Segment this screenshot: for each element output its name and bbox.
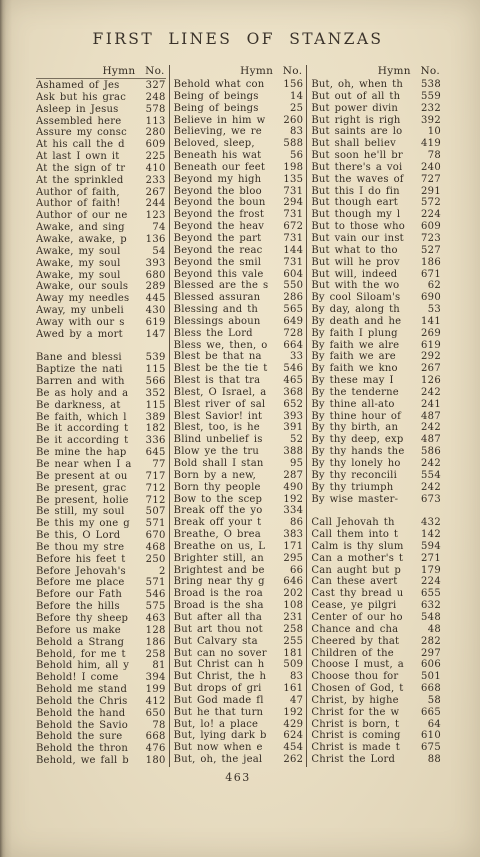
entry-hymn-number: 267 (418, 363, 441, 375)
index-entry: By these may I126 (311, 375, 441, 387)
entry-hymn-number: 392 (418, 115, 441, 127)
entry-first-line: Bane and blessi (36, 352, 143, 364)
index-entry: Barren and with566 (36, 376, 166, 388)
index-entry: By faith we alre619 (311, 340, 441, 352)
index-entry: Awake, my soul680 (36, 270, 166, 282)
index-entry: But this I do fin291 (311, 186, 441, 198)
entry-hymn-number: 280 (143, 127, 166, 139)
index-entry: Christ, by highe58 (311, 695, 441, 707)
entry-first-line: By these may I (311, 375, 418, 387)
index-entry: By wise master-673 (311, 494, 441, 506)
entry-first-line: Beyond the boun (174, 197, 281, 209)
entry-first-line: But what to tho (311, 245, 418, 257)
entry-hymn-number: 368 (280, 387, 303, 399)
index-entry: Children of the297 (311, 648, 441, 660)
index-entry: Cease, ye pilgri632 (311, 600, 441, 612)
index-entry: At the sign of tr410 (36, 163, 166, 175)
entry-first-line (311, 505, 438, 517)
entry-first-line: Center of our ho (311, 612, 418, 624)
entry-hymn-number: 487 (418, 411, 441, 423)
index-entry: But, oh, when th538 (311, 79, 441, 91)
entry-first-line: By cool Siloam's (311, 292, 418, 304)
index-entry: At last I own it225 (36, 151, 166, 163)
entry-first-line: Beyond the smil (174, 257, 281, 269)
index-entry: Away my needles445 (36, 293, 166, 305)
entry-first-line: But right is righ (311, 115, 418, 127)
entry-first-line: By death and he (311, 316, 418, 328)
entry-hymn-number: 410 (143, 163, 166, 175)
entry-first-line: Blessing and th (174, 304, 281, 316)
entry-first-line: By faith we alre (311, 340, 418, 352)
index-entry: Be thou my stre468 (36, 542, 166, 554)
entry-first-line: Breathe on us, L (174, 541, 281, 553)
index-entry: Assure my consc280 (36, 127, 166, 139)
entry-first-line: Awake, my soul (36, 258, 143, 270)
entry-hymn-number: 670 (143, 530, 166, 542)
index-entry: But saints are lo10 (311, 126, 441, 138)
entry-hymn-number: 509 (280, 659, 303, 671)
entry-first-line: Be present, grac (36, 483, 143, 495)
index-entry: But out of all th559 (311, 91, 441, 103)
entry-hymn-number: 559 (418, 91, 441, 103)
index-entry: Behold the Savio78 (36, 720, 166, 732)
entry-first-line: Behold what con (174, 79, 281, 91)
entry-hymn-number: 242 (418, 482, 441, 494)
index-entry: But drops of gri161 (174, 683, 304, 695)
entry-hymn-number: 609 (418, 221, 441, 233)
entry-first-line: Beyond this vale (174, 269, 281, 281)
entry-first-line: By faith we kno (311, 363, 418, 375)
entry-hymn-number: 128 (143, 625, 166, 637)
index-entry: Being of beings14 (174, 91, 304, 103)
entry-hymn-number: 393 (143, 258, 166, 270)
index-entry: Behold the Chris412 (36, 696, 166, 708)
index-entry: Brightest and be66 (174, 565, 304, 577)
index-entry: Bane and blessi539 (36, 352, 166, 364)
index-entry: Be as holy and a352 (36, 388, 166, 400)
entry-first-line: Be mine the hap (36, 447, 143, 459)
index-entry: Before his feet t250 (36, 554, 166, 566)
entry-hymn-number: 546 (280, 363, 303, 375)
entry-hymn-number: 632 (418, 600, 441, 612)
index-entry: Author of our ne123 (36, 210, 166, 222)
entry-hymn-number: 142 (418, 529, 441, 541)
entry-hymn-number: 527 (418, 245, 441, 257)
entry-hymn-number: 586 (418, 446, 441, 458)
entry-hymn-number: 58 (425, 695, 441, 707)
index-entry: Awake, my soul393 (36, 258, 166, 270)
index-entry: But though eart572 (311, 197, 441, 209)
entry-first-line: Be it according t (36, 435, 143, 447)
entry-first-line: Broad is the roa (174, 588, 281, 600)
index-entry: Believe in him w260 (174, 115, 304, 127)
index-entry: Beyond the bloo731 (174, 186, 304, 198)
entry-first-line: Blessed are the s (174, 280, 281, 292)
entry-hymn-number: 297 (418, 648, 441, 660)
entry-hymn-number: 672 (280, 221, 303, 233)
entry-first-line: Blest, too, is he (174, 422, 281, 434)
index-entry: By the tenderne242 (311, 387, 441, 399)
index-entry: Choose I must, a606 (311, 659, 441, 671)
entry-first-line: Be near when I a (36, 459, 149, 471)
entry-hymn-number: 445 (143, 293, 166, 305)
entry-hymn-number: 52 (287, 434, 303, 446)
entry-hymn-number: 575 (143, 601, 166, 613)
entry-first-line: Can these avert (311, 576, 418, 588)
index-entry: Awake, my soul54 (36, 246, 166, 258)
index-entry: But there's a voi240 (311, 162, 441, 174)
index-entry: Chance and cha48 (311, 624, 441, 636)
index-entry: Can aught but p179 (311, 565, 441, 577)
entry-first-line: Chosen of God, t (311, 683, 418, 695)
entry-first-line: Blest river of sal (174, 399, 281, 411)
index-entry: Be this, O Lord670 (36, 530, 166, 542)
index-column-2: Hymn No. Behold what con156Being of bein… (169, 65, 307, 767)
entry-hymn-number: 269 (418, 328, 441, 340)
index-entry: Bless we, then, o664 (174, 340, 304, 352)
entry-hymn-number: 476 (143, 743, 166, 755)
index-columns: Hymn No. Ashamed of Jes327Ask but his gr… (32, 65, 444, 767)
entry-hymn-number: 645 (143, 447, 166, 459)
entry-first-line: But can no sover (174, 648, 281, 660)
index-entry: Call them into t142 (311, 529, 441, 541)
entry-first-line: Behold me stand (36, 684, 143, 696)
entry-first-line: Author of our ne (36, 210, 143, 222)
index-entry: Behold the sure668 (36, 731, 166, 743)
index-entry: Beyond my high135 (174, 174, 304, 186)
index-entry: By faith I plung269 (311, 328, 441, 340)
entry-first-line: By thy birth, an (311, 422, 418, 434)
entry-hymn-number: 432 (418, 517, 441, 529)
entry-hymn-number: 225 (143, 151, 166, 163)
entry-first-line: Before our Fath (36, 589, 143, 601)
entry-first-line: At his call the d (36, 139, 143, 151)
entry-hymn-number: 202 (280, 588, 303, 600)
entry-hymn-number: 135 (280, 174, 303, 186)
entry-first-line: Bold shall I stan (174, 458, 287, 470)
index-entry: Ask but his grac248 (36, 92, 166, 104)
index-entry: Be present, holie712 (36, 495, 166, 507)
entry-hymn-number: 546 (143, 589, 166, 601)
entry-hymn-number: 291 (418, 186, 441, 198)
entry-hymn-number: 336 (143, 435, 166, 447)
column-header: Hymn No. (174, 65, 304, 78)
entry-hymn-number: 454 (280, 742, 303, 754)
page-title: FIRST LINES OF STANZAS (32, 30, 444, 48)
index-entry: But Calvary sta255 (174, 636, 304, 648)
index-entry: Beyond the smil731 (174, 257, 304, 269)
entry-first-line: But will, indeed (311, 269, 418, 281)
index-entry: Author of faith,267 (36, 187, 166, 199)
entry-hymn-number: 565 (280, 304, 303, 316)
index-entry: Call Jehovah th432 (311, 517, 441, 529)
index-entry: Beneath our feet198 (174, 162, 304, 174)
entry-first-line: But this I do fin (311, 186, 418, 198)
entry-first-line: Before Jehovah's (36, 566, 156, 578)
entry-hymn-number: 144 (280, 245, 303, 257)
entry-first-line: Awake, my soul (36, 246, 149, 258)
entry-hymn-number: 224 (418, 209, 441, 221)
entry-hymn-number: 572 (418, 197, 441, 209)
entry-hymn-number: 95 (287, 458, 303, 470)
entry-hymn-number: 487 (418, 434, 441, 446)
entry-first-line: But out of all th (311, 91, 418, 103)
entry-first-line: But though my l (311, 209, 418, 221)
entry-first-line: Blessed assuran (174, 292, 281, 304)
entry-first-line: Behold, we fall b (36, 755, 143, 767)
index-entry: Beyond this vale604 (174, 269, 304, 281)
entry-first-line: But will he prov (311, 257, 418, 269)
entry-first-line: By day, along th (311, 304, 424, 316)
entry-first-line: But God made fl (174, 695, 287, 707)
entry-first-line: Christ for the w (311, 707, 418, 719)
index-entry: Christ is made t675 (311, 742, 441, 754)
entry-first-line: Blow ye the tru (174, 446, 281, 458)
index-entry: Blest be that na33 (174, 351, 304, 363)
index-entry: Beloved, sleep,588 (174, 138, 304, 150)
index-entry: Breathe, O brea383 (174, 529, 304, 541)
entry-first-line: But Christ, the h (174, 671, 287, 683)
entry-first-line: Can a mother's t (311, 553, 418, 565)
index-entry: Be it according t336 (36, 435, 166, 447)
index-entry: Beyond the boun294 (174, 197, 304, 209)
entry-first-line: But to those who (311, 221, 418, 233)
index-entry: By thy hands the586 (311, 446, 441, 458)
entry-hymn-number: 334 (280, 505, 303, 517)
entry-hymn-number: 292 (418, 351, 441, 363)
entry-hymn-number: 10 (425, 126, 441, 138)
index-entry: Blessed are the s550 (174, 280, 304, 292)
index-entry: By thy birth, an242 (311, 422, 441, 434)
index-entry: Behold the hand650 (36, 708, 166, 720)
entry-first-line: Author of faith! (36, 198, 143, 210)
entry-hymn-number: 258 (143, 649, 166, 661)
entry-first-line: By thy hands the (311, 446, 418, 458)
index-entry: By thy triumph242 (311, 482, 441, 494)
entry-first-line: Behold the sure (36, 731, 143, 743)
entry-first-line: Christ, by highe (311, 695, 424, 707)
entry-first-line: Before us make (36, 625, 143, 637)
entry-first-line: By thy deep, exp (311, 434, 418, 446)
entry-first-line: But he that turn (174, 707, 281, 719)
index-entry: Behold, we fall b180 (36, 755, 166, 767)
entry-first-line: Before me place (36, 577, 143, 589)
entry-first-line: Cheered by that (311, 636, 418, 648)
entry-hymn-number: 74 (149, 222, 165, 234)
entry-hymn-number: 393 (280, 411, 303, 423)
entry-first-line: At the sprinkled (36, 175, 143, 187)
entry-first-line: Be present at ou (36, 471, 143, 483)
index-entry: Behold him, all y81 (36, 660, 166, 672)
entry-first-line: Beyond the part (174, 233, 281, 245)
entry-hymn-number: 77 (149, 459, 165, 471)
entry-hymn-number: 588 (280, 138, 303, 150)
entry-first-line: Behold the Chris (36, 696, 143, 708)
entry-hymn-number: 731 (280, 257, 303, 269)
index-entry: But can no sover181 (174, 648, 304, 660)
index-entry: But Christ can h509 (174, 659, 304, 671)
entry-hymn-number: 83 (287, 671, 303, 683)
column-header: Hymn No. (36, 65, 166, 79)
index-entry: By thine hour of487 (311, 411, 441, 423)
entry-first-line: Choose thou for (311, 671, 418, 683)
entry-hymn-number: 260 (280, 115, 303, 127)
entry-hymn-number: 465 (280, 375, 303, 387)
index-entry: Born thy people490 (174, 482, 304, 494)
index-entry: But, oh, the jeal262 (174, 754, 304, 766)
entry-first-line: Bow to the scep (174, 494, 281, 506)
index-entry: Beneath his wat56 (174, 150, 304, 162)
entry-hymn-number: 186 (418, 257, 441, 269)
entry-first-line: Be faith, which l (36, 412, 143, 424)
entry-first-line: Being of beings (174, 103, 287, 115)
entry-hymn-number: 242 (418, 387, 441, 399)
column-rows: But, oh, when th538But out of all th559B… (311, 78, 441, 766)
index-entry: Blest Savior! int393 (174, 411, 304, 423)
entry-first-line: Beneath our feet (174, 162, 281, 174)
entry-first-line: By thy lonely ho (311, 458, 418, 470)
entry-first-line: Awake, our souls (36, 281, 143, 293)
entry-first-line: Behold a Strang (36, 637, 143, 649)
index-entry: Before thy sheep463 (36, 613, 166, 625)
entry-first-line: Believe in him w (174, 115, 281, 127)
entry-hymn-number: 115 (143, 400, 166, 412)
entry-first-line: Christ is coming (311, 730, 418, 742)
entry-hymn-number: 619 (143, 317, 166, 329)
entry-first-line: Beyond the bloo (174, 186, 281, 198)
entry-first-line: Brighter still, an (174, 553, 281, 565)
entry-hymn-number (438, 505, 441, 517)
entry-hymn-number: 649 (280, 316, 303, 328)
index-entry: Behold, for me t258 (36, 649, 166, 661)
entry-hymn-number: 712 (143, 495, 166, 507)
entry-first-line: Beyond the reac (174, 245, 281, 257)
entry-first-line: Chance and cha (311, 624, 424, 636)
entry-hymn-number: 136 (143, 234, 166, 246)
entry-hymn-number: 56 (287, 150, 303, 162)
entry-first-line: Behold! I come (36, 672, 143, 684)
column-rows: Behold what con156Being of beings14Being… (174, 78, 304, 766)
entry-first-line: Behold the Savio (36, 720, 149, 732)
index-entry: Can these avert224 (311, 576, 441, 588)
entry-hymn-number: 147 (143, 329, 166, 341)
entry-first-line: Be this my one g (36, 518, 143, 530)
entry-hymn-number: 731 (280, 209, 303, 221)
index-entry: Bold shall I stan95 (174, 458, 304, 470)
entry-first-line: Assembled here (36, 116, 143, 128)
entry-hymn-number: 609 (143, 139, 166, 151)
entry-first-line: Bless we, then, o (174, 340, 281, 352)
index-column-3: Hymn No. But, oh, when th538But out of a… (306, 65, 444, 767)
entry-hymn-number: 646 (280, 576, 303, 588)
index-entry: Be it according t182 (36, 423, 166, 435)
entry-first-line: Before thy sheep (36, 613, 143, 625)
column-rows: Ashamed of Jes327Ask but his grac248Asle… (36, 79, 166, 767)
entry-hymn-number: 83 (287, 126, 303, 138)
entry-first-line: Beyond my high (174, 174, 281, 186)
entry-hymn-number: 113 (143, 116, 166, 128)
entry-first-line: Blest be the tie t (174, 363, 281, 375)
entry-first-line: Ask but his grac (36, 92, 143, 104)
entry-first-line: But art thou not (174, 624, 281, 636)
index-entry: Bless the Lord728 (174, 328, 304, 340)
index-entry: By day, along th53 (311, 304, 441, 316)
index-entry: Choose thou for501 (311, 671, 441, 683)
entry-first-line: But after all tha (174, 612, 281, 624)
entry-hymn-number: 680 (143, 270, 166, 282)
entry-hymn-number: 282 (418, 636, 441, 648)
entry-first-line: By thine all-ato (311, 399, 418, 411)
entry-hymn-number: 250 (143, 554, 166, 566)
page-number: 463 (32, 771, 444, 784)
entry-hymn-number: 468 (143, 542, 166, 554)
entry-hymn-number: 78 (425, 150, 441, 162)
entry-first-line: By thy triumph (311, 482, 418, 494)
entry-first-line: Barren and with (36, 376, 143, 388)
index-entry: But what to tho527 (311, 245, 441, 257)
entry-first-line: By thine hour of (311, 411, 418, 423)
entry-hymn-number: 571 (143, 518, 166, 530)
index-entry: But now when e454 (174, 742, 304, 754)
entry-hymn-number: 391 (280, 422, 303, 434)
entry-hymn-number: 123 (143, 210, 166, 222)
entry-first-line: By faith we are (311, 351, 418, 363)
entry-first-line: But the waves of (311, 174, 418, 186)
index-entry: At the sprinkled233 (36, 175, 166, 187)
index-entry: Break off the yo334 (174, 505, 304, 517)
entry-first-line: But Christ can h (174, 659, 281, 671)
entry-hymn-number: 47 (287, 695, 303, 707)
entry-first-line: But, oh, the jeal (174, 754, 281, 766)
entry-hymn-number: 717 (143, 471, 166, 483)
entry-first-line: Be darkness, at (36, 400, 143, 412)
entry-hymn-number: 244 (143, 198, 166, 210)
index-entry: But art thou not258 (174, 624, 304, 636)
entry-hymn-number: 233 (143, 175, 166, 187)
entry-hymn-number: 604 (280, 269, 303, 281)
page-content: FIRST LINES OF STANZAS Hymn No. Ashamed … (0, 0, 480, 784)
index-entry: Away, my unbeli430 (36, 305, 166, 317)
index-entry: Blest river of sal652 (174, 399, 304, 411)
entry-hymn-number: 54 (149, 246, 165, 258)
entry-hymn-number: 554 (418, 470, 441, 482)
index-entry: Before the hills575 (36, 601, 166, 613)
entry-first-line: Before his feet t (36, 554, 143, 566)
index-entry: Blow ye the tru388 (174, 446, 304, 458)
entry-first-line: Be as holy and a (36, 388, 143, 400)
entry-first-line: By wise master- (311, 494, 418, 506)
index-entry: Behold me stand199 (36, 684, 166, 696)
entry-hymn-number: 182 (143, 423, 166, 435)
entry-first-line: But though eart (311, 197, 418, 209)
entry-hymn-number: 671 (418, 269, 441, 281)
index-entry: Can a mother's t271 (311, 553, 441, 565)
entry-hymn-number: 578 (143, 104, 166, 116)
entry-first-line: Brightest and be (174, 565, 287, 577)
entry-hymn-number: 383 (280, 529, 303, 541)
index-entry: Broad is the sha108 (174, 600, 304, 612)
column-header: Hymn No. (311, 65, 441, 78)
index-entry: Chosen of God, t668 (311, 683, 441, 695)
entry-first-line: Beyond the frost (174, 209, 281, 221)
entry-hymn-number: 389 (143, 412, 166, 424)
entry-first-line: Be it according t (36, 423, 143, 435)
entry-hymn-number: 723 (418, 233, 441, 245)
entry-hymn-number: 668 (143, 731, 166, 743)
index-entry: But with the wo62 (311, 280, 441, 292)
entry-hymn-number: 550 (280, 280, 303, 292)
index-column-1: Hymn No. Ashamed of Jes327Ask but his gr… (32, 65, 169, 767)
